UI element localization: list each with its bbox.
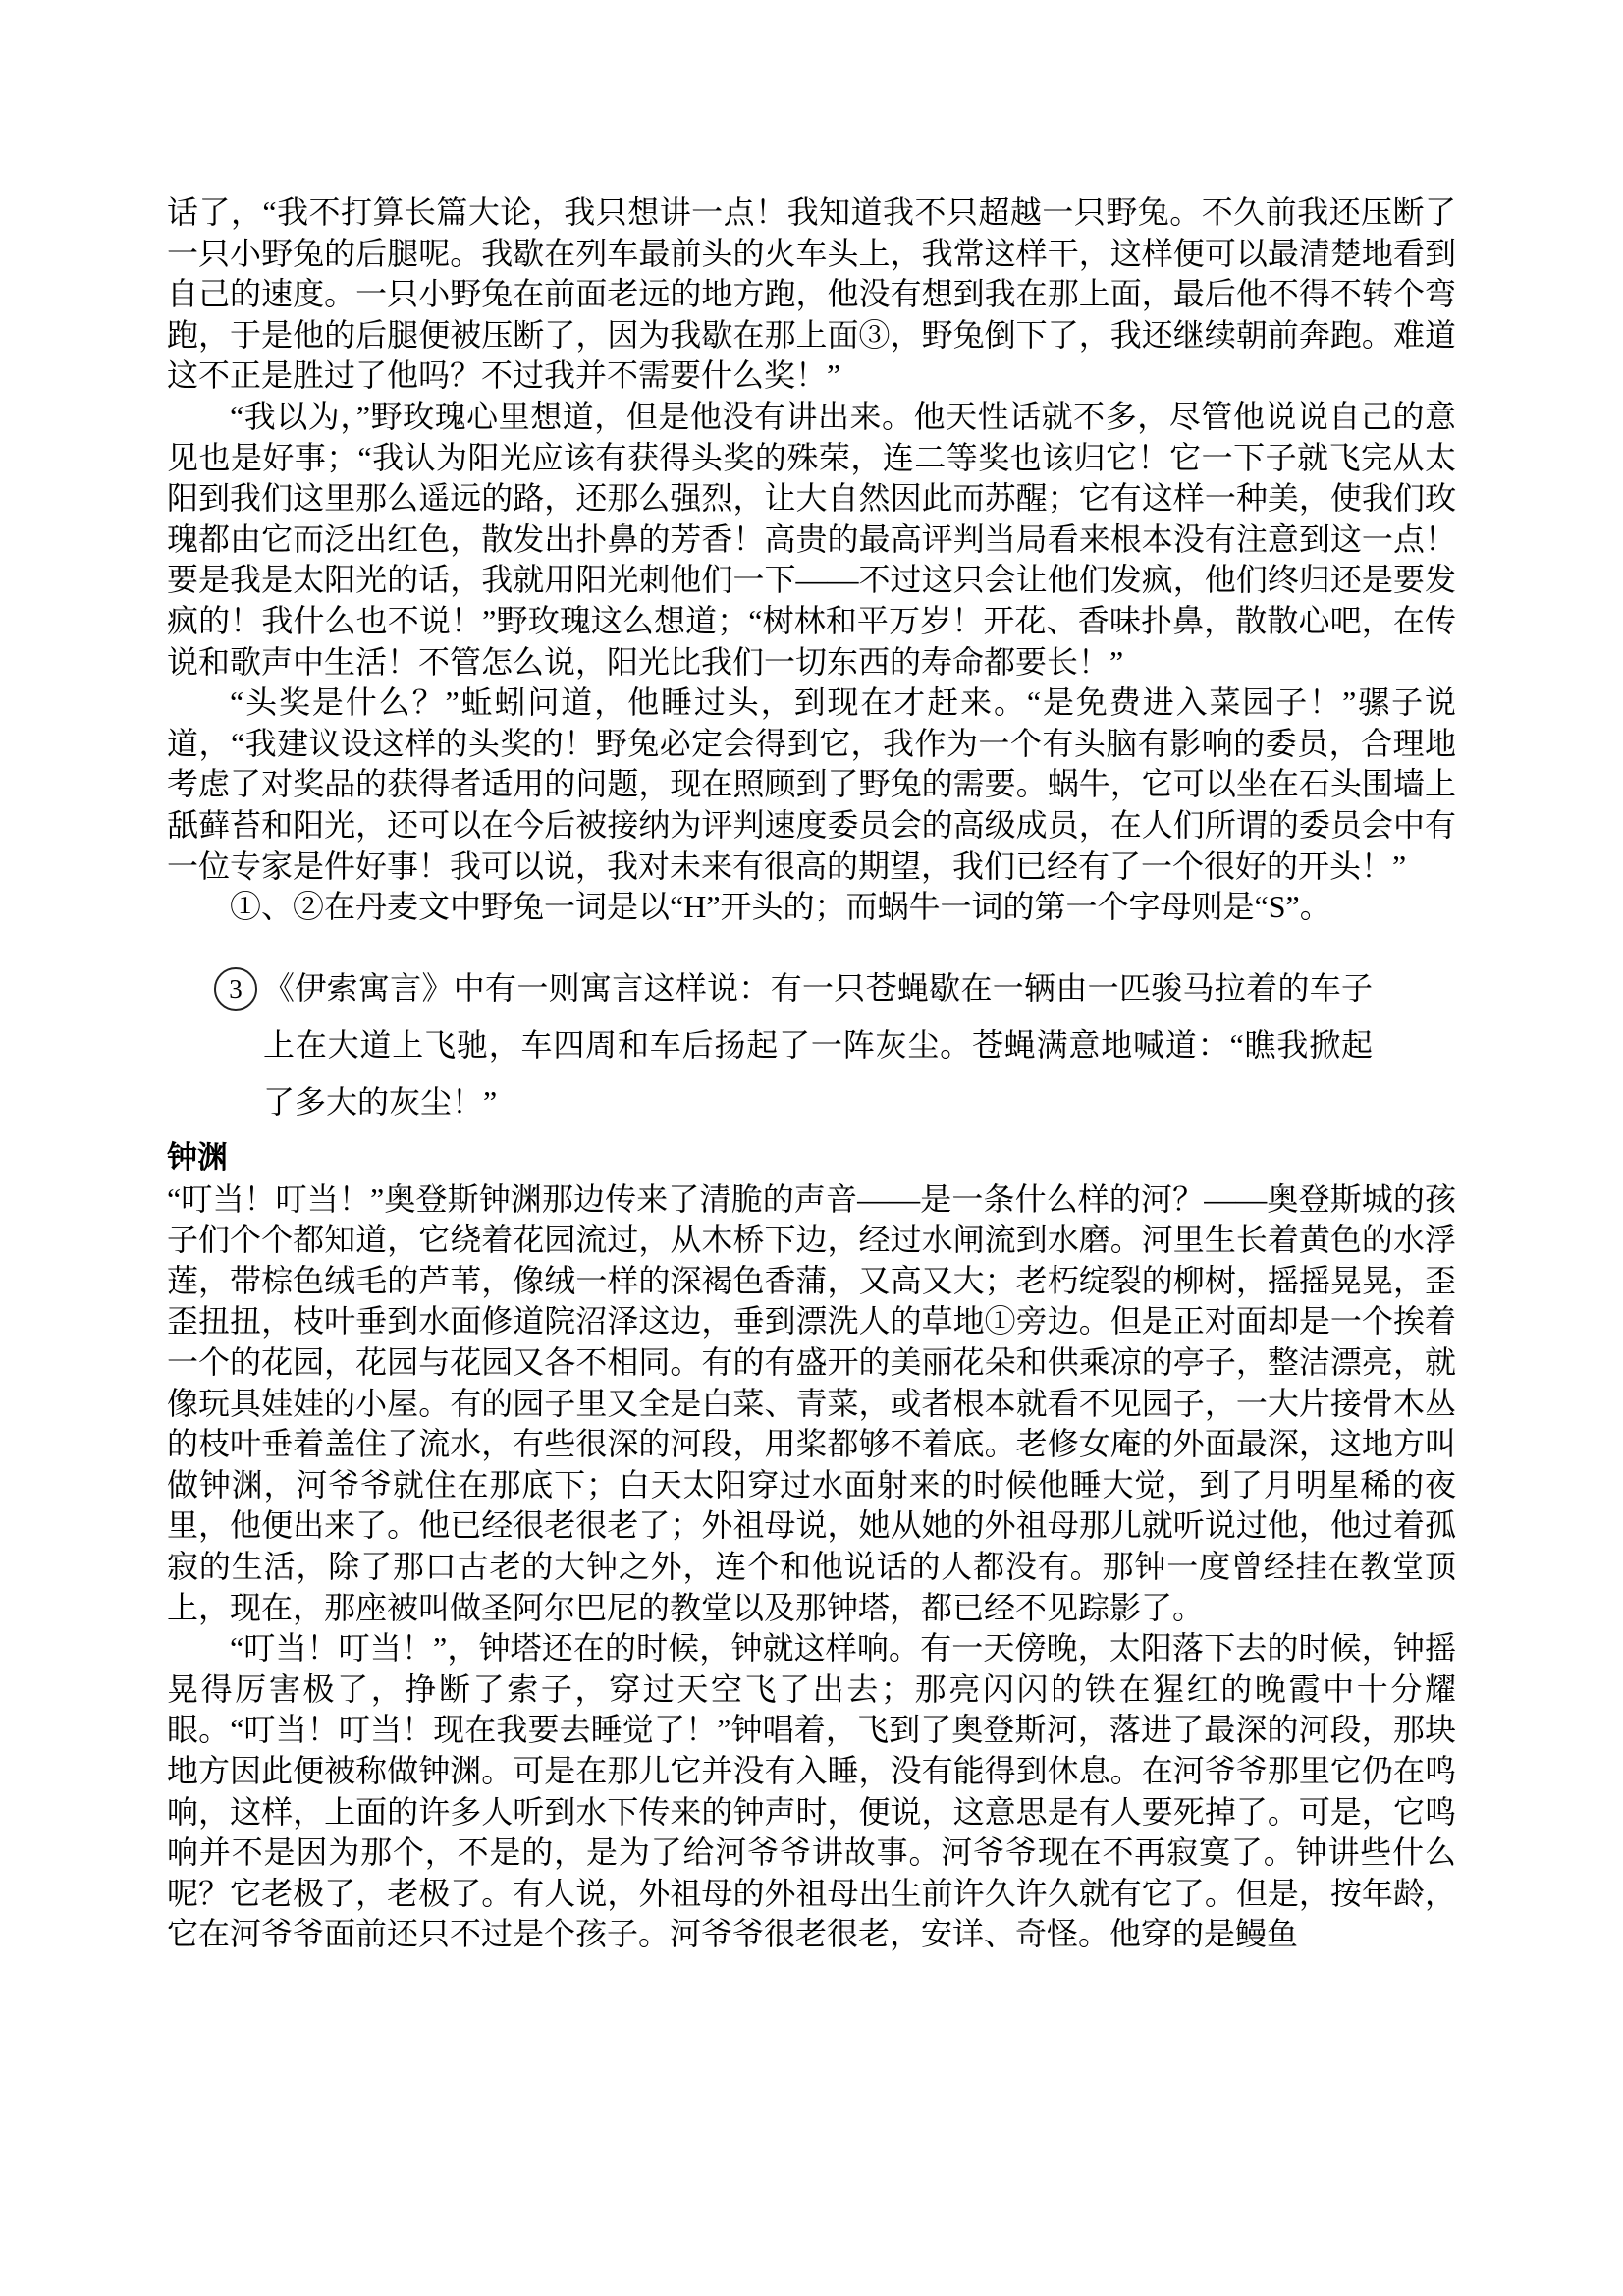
footnote-3-text: 《伊索寓言》中有一则寓言这样说：有一只苍蝇歇在一辆由一匹骏马拉着的车子上在大道上… — [263, 959, 1373, 1130]
footnote-3-circled-number: 3 — [214, 967, 257, 1011]
paragraph-hare-continued: 话了，“我不打算长篇大论，我只想讲一点！我知道我不只超越一只野兔。不久前我还压断… — [167, 192, 1456, 397]
document-page: 话了，“我不打算长篇大论，我只想讲一点！我知道我不只超越一只野兔。不久前我还压断… — [0, 0, 1623, 2296]
text-block: 话了，“我不打算长篇大论，我只想讲一点！我知道我不只超越一只野兔。不久前我还压断… — [167, 192, 1456, 1955]
footnote-3: 3 《伊索寓言》中有一则寓言这样说：有一只苍蝇歇在一辆由一匹骏马拉着的车子上在大… — [214, 959, 1373, 1130]
footnote-1-2: ①、②在丹麦文中野兔一词是以“H”开头的；而蜗牛一词的第一个字母则是“S”。 — [167, 887, 1456, 928]
paragraph-wild-rose: “我以为，”野玫瑰心里想道，但是他没有讲出来。他天性话就不多，尽管他说说自己的意… — [167, 397, 1456, 683]
paragraph-first-prize: “头奖是什么？”蚯蚓问道，他睡过头，到现在才赶来。“是免费进入菜园子！”骡子说道… — [167, 683, 1456, 887]
section-paragraph-1: “叮当！叮当！”奥登斯钟渊那边传来了清脆的声音——是一条什么样的河？——奥登斯城… — [167, 1179, 1456, 1629]
section-paragraph-2: “叮当！叮当！”，钟塔还在的时候，钟就这样响。有一天傍晚，太阳落下去的时候，钟摇… — [167, 1628, 1456, 1955]
section-heading: 钟渊 — [167, 1136, 1456, 1179]
